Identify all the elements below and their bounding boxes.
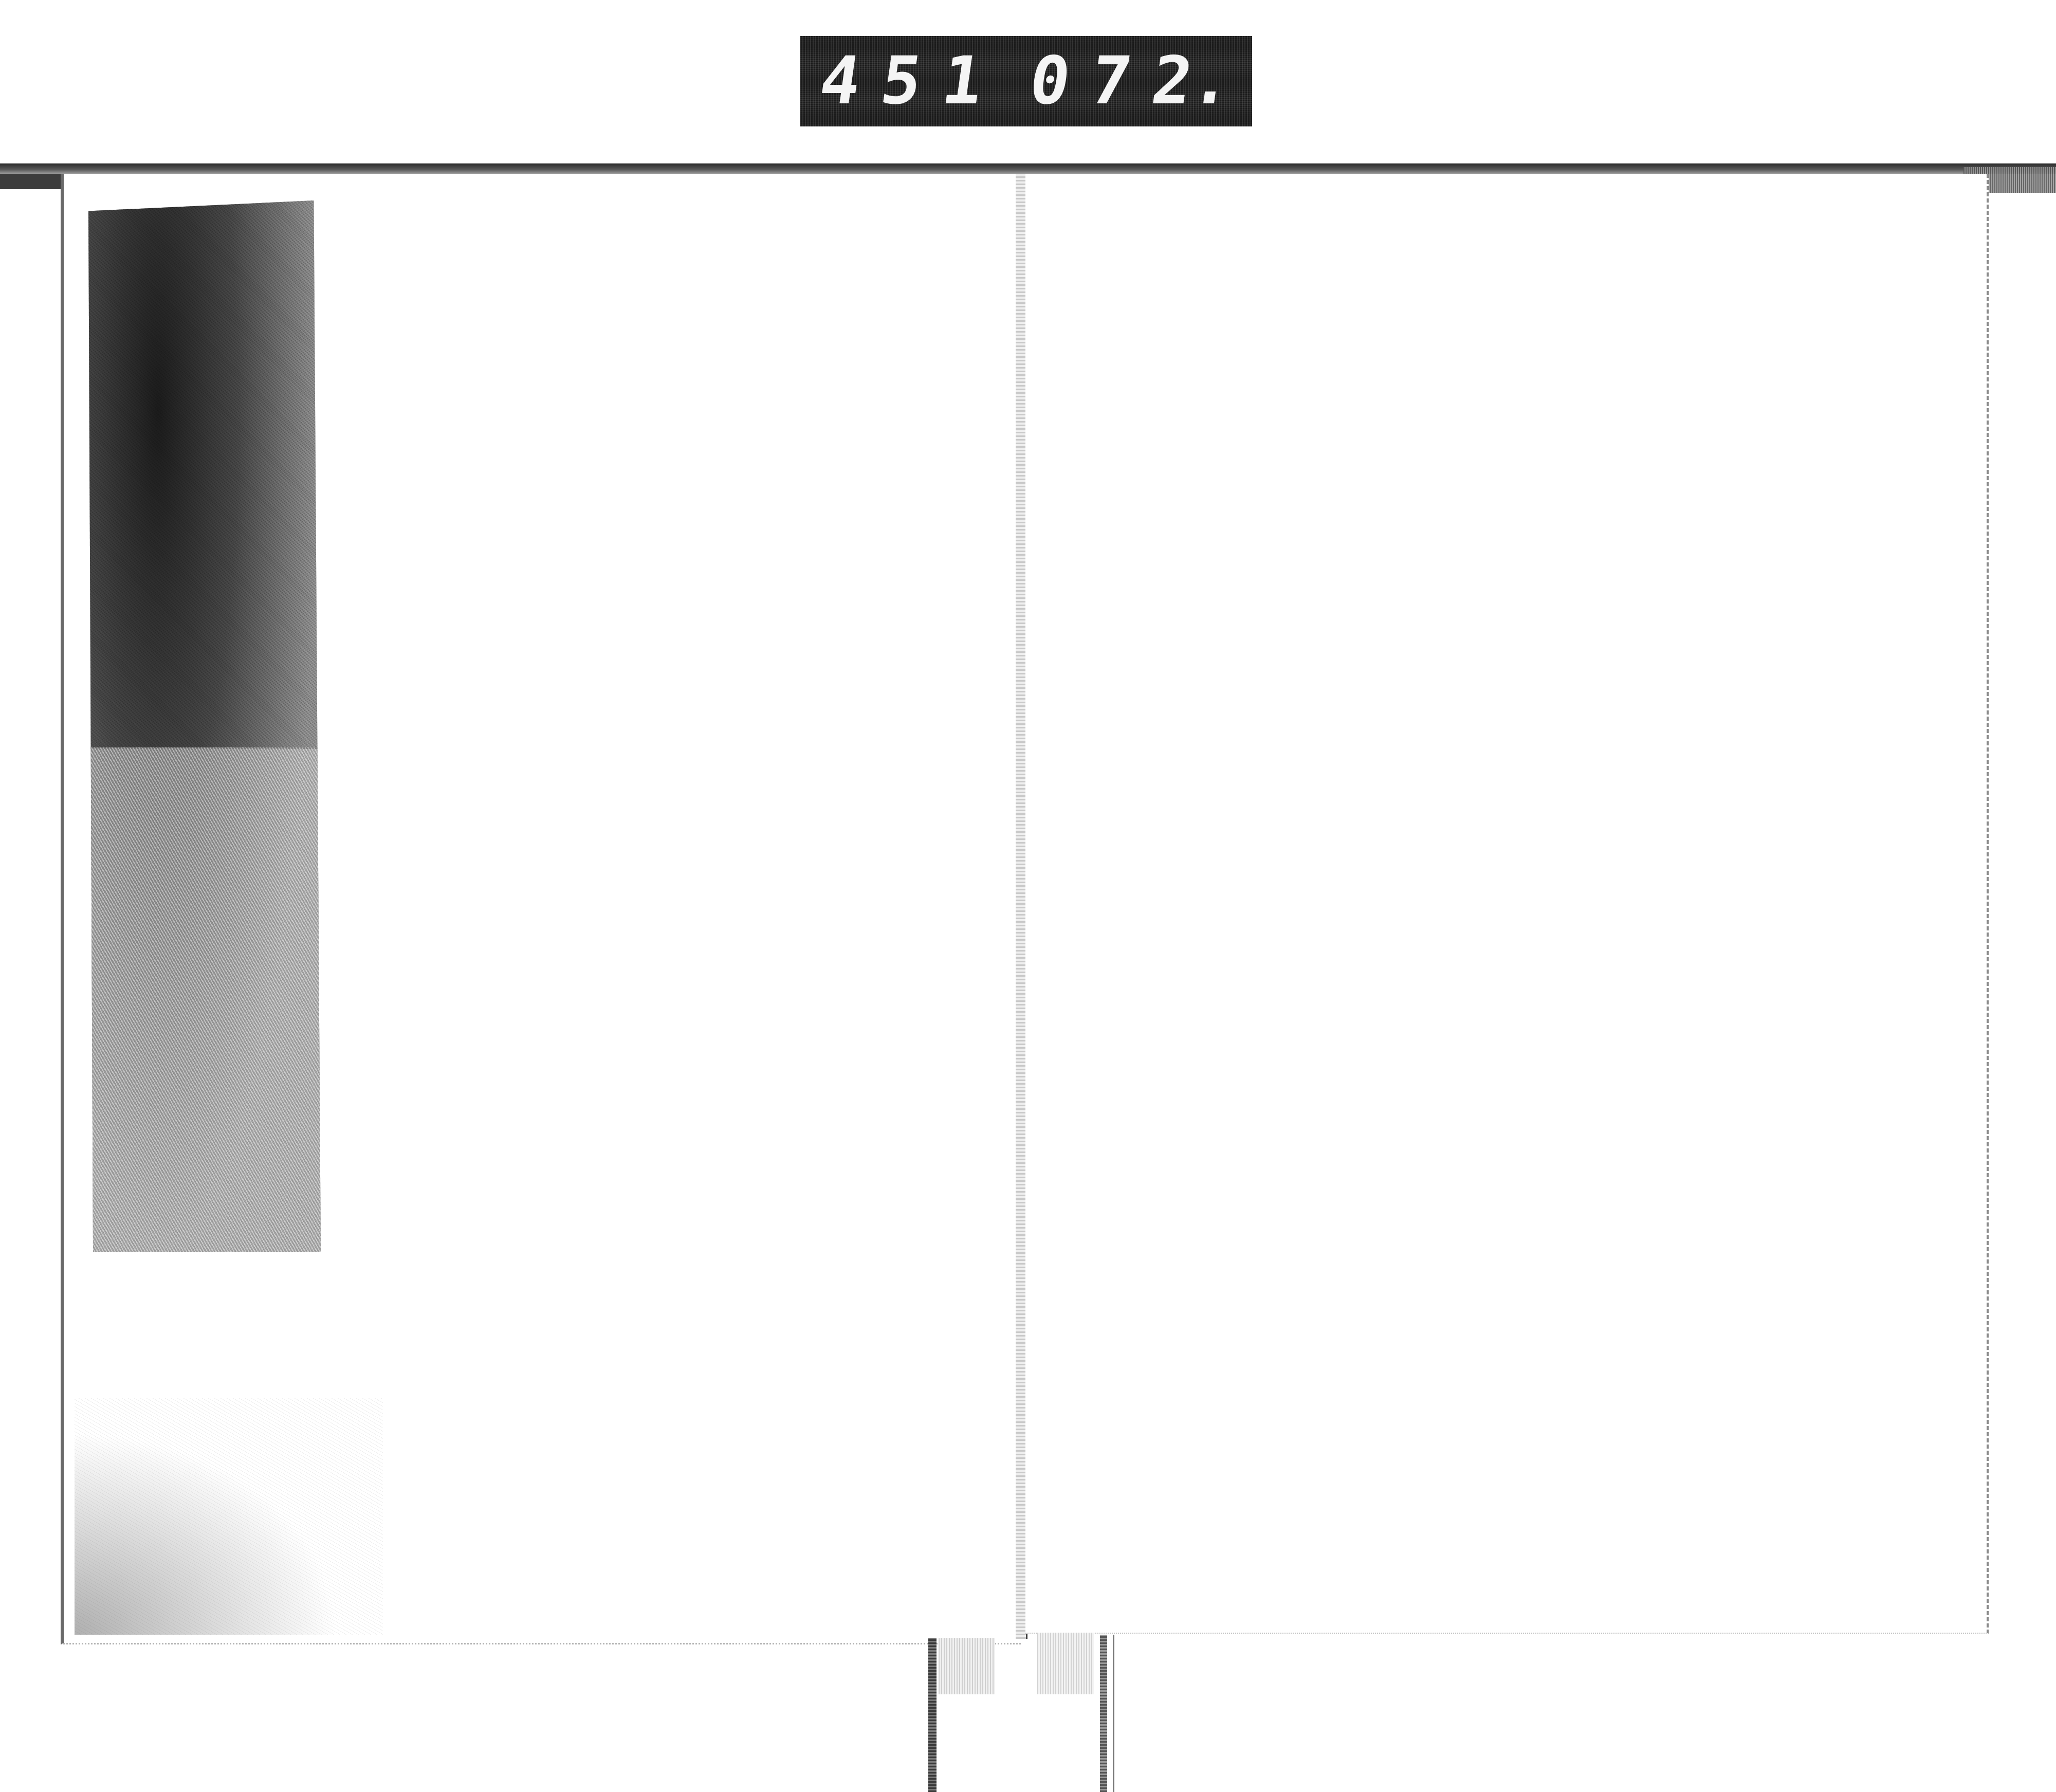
title-slip-lower-section <box>88 747 321 1252</box>
binding-stub <box>928 1638 937 1792</box>
book-top-edge <box>0 163 2056 174</box>
binding-stub <box>1037 1633 1094 1694</box>
label-digit: 7 <box>1087 48 1135 114</box>
title-slip <box>88 200 321 1252</box>
label-digit: 1 <box>938 48 987 114</box>
catalog-number-right-group: 0 7 2. <box>1030 48 1232 114</box>
right-page-endpaper <box>1025 174 1989 1634</box>
binding-stub <box>1100 1635 1107 1792</box>
label-digit: 0 <box>1025 48 1074 114</box>
catalog-number-label: 4 5 1 0 7 2. <box>800 36 1252 126</box>
catalog-number-left-group: 4 5 1 <box>820 48 982 114</box>
label-digit: 5 <box>877 48 926 114</box>
cover-edge-shadow <box>0 174 61 189</box>
binding-stub <box>939 1638 995 1694</box>
label-digit: 2. <box>1148 48 1236 114</box>
label-digit: 4 <box>816 48 865 114</box>
page-wear-texture <box>75 1398 383 1635</box>
binding-stub <box>1113 1635 1114 1792</box>
